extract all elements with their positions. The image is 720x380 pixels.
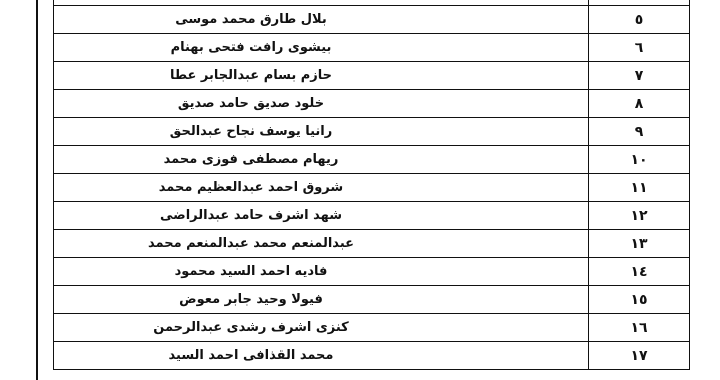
table-row: ١٠ ريهام مصطفى فوزى محمد — [54, 146, 690, 174]
student-name-text: فيولا وحيد جابر معوض — [179, 292, 323, 307]
table-row: ٥ بلال طارق محمد موسى — [54, 6, 690, 34]
row-number: ٨ — [589, 90, 690, 118]
table-row: ١٣ عبدالمنعم محمد عبدالمنعم محمد — [54, 230, 690, 258]
student-name-text: فاديه احمد السيد محمود — [175, 264, 328, 279]
row-number: ١٦ — [589, 314, 690, 342]
student-name: خلود صديق حامد صديق — [54, 90, 589, 118]
student-name-text: كنزى اشرف رشدى عبدالرحمن — [153, 320, 348, 335]
table-row: ١١ شروق احمد عبدالعظيم محمد — [54, 174, 690, 202]
student-name: فاديه احمد السيد محمود — [54, 258, 589, 286]
row-number: ١٣ — [589, 230, 690, 258]
table-row: ٧ حازم بسام عبدالجابر عطا — [54, 62, 690, 90]
student-name: بيشوى رافت فتحى بهنام — [54, 34, 589, 62]
student-name: حازم بسام عبدالجابر عطا — [54, 62, 589, 90]
student-name-text: رانيا يوسف نجاح عبدالحق — [170, 124, 333, 139]
student-name: كنزى اشرف رشدى عبدالرحمن — [54, 314, 589, 342]
student-name: بلال طارق محمد موسى — [54, 6, 589, 34]
row-number: ٦ — [589, 34, 690, 62]
table-row: ٦ بيشوى رافت فتحى بهنام — [54, 34, 690, 62]
row-number: ١٧ — [589, 342, 690, 370]
row-number: ١٠ — [589, 146, 690, 174]
student-name: ريهام مصطفى فوزى محمد — [54, 146, 589, 174]
student-name-text: بلال طارق محمد موسى — [175, 12, 327, 27]
row-number: ٩ — [589, 118, 690, 146]
table-row: ١٧ محمد القذافى احمد السيد — [54, 342, 690, 370]
row-number: ٥ — [589, 6, 690, 34]
student-name-text: بيشوى رافت فتحى بهنام — [171, 40, 332, 55]
table-row: ١٥ فيولا وحيد جابر معوض — [54, 286, 690, 314]
student-name: فيولا وحيد جابر معوض — [54, 286, 589, 314]
table-row: ٨ خلود صديق حامد صديق — [54, 90, 690, 118]
table-row: ١٢ شهد اشرف حامد عبدالراضى — [54, 202, 690, 230]
student-name-text: شهد اشرف حامد عبدالراضى — [160, 208, 342, 223]
row-number: ٧ — [589, 62, 690, 90]
student-name-text: ريهام مصطفى فوزى محمد — [164, 152, 339, 167]
student-name: شروق احمد عبدالعظيم محمد — [54, 174, 589, 202]
student-name-text: حازم بسام عبدالجابر عطا — [170, 68, 332, 83]
student-name: رانيا يوسف نجاح عبدالحق — [54, 118, 589, 146]
student-name-text: عبدالمنعم محمد عبدالمنعم محمد — [148, 236, 354, 251]
table-row: ١٦ كنزى اشرف رشدى عبدالرحمن — [54, 314, 690, 342]
student-name: شهد اشرف حامد عبدالراضى — [54, 202, 589, 230]
student-name-text: خلود صديق حامد صديق — [178, 96, 324, 111]
row-number: ١٤ — [589, 258, 690, 286]
page-margin-line — [36, 0, 38, 380]
table-row: ٩ رانيا يوسف نجاح عبدالحق — [54, 118, 690, 146]
row-number: ١٢ — [589, 202, 690, 230]
table-row: ١٤ فاديه احمد السيد محمود — [54, 258, 690, 286]
student-name-text: محمد القذافى احمد السيد — [169, 348, 334, 363]
student-name-text: شروق احمد عبدالعظيم محمد — [159, 180, 343, 195]
student-name: محمد القذافى احمد السيد — [54, 342, 589, 370]
row-number: ١٥ — [589, 286, 690, 314]
row-number: ١١ — [589, 174, 690, 202]
names-table: ٤ … ٥ بلال طارق محمد موسى ٦ بيشوى رافت ف… — [53, 0, 690, 370]
student-name: عبدالمنعم محمد عبدالمنعم محمد — [54, 230, 589, 258]
names-table-container: ٤ … ٥ بلال طارق محمد موسى ٦ بيشوى رافت ف… — [53, 0, 690, 370]
